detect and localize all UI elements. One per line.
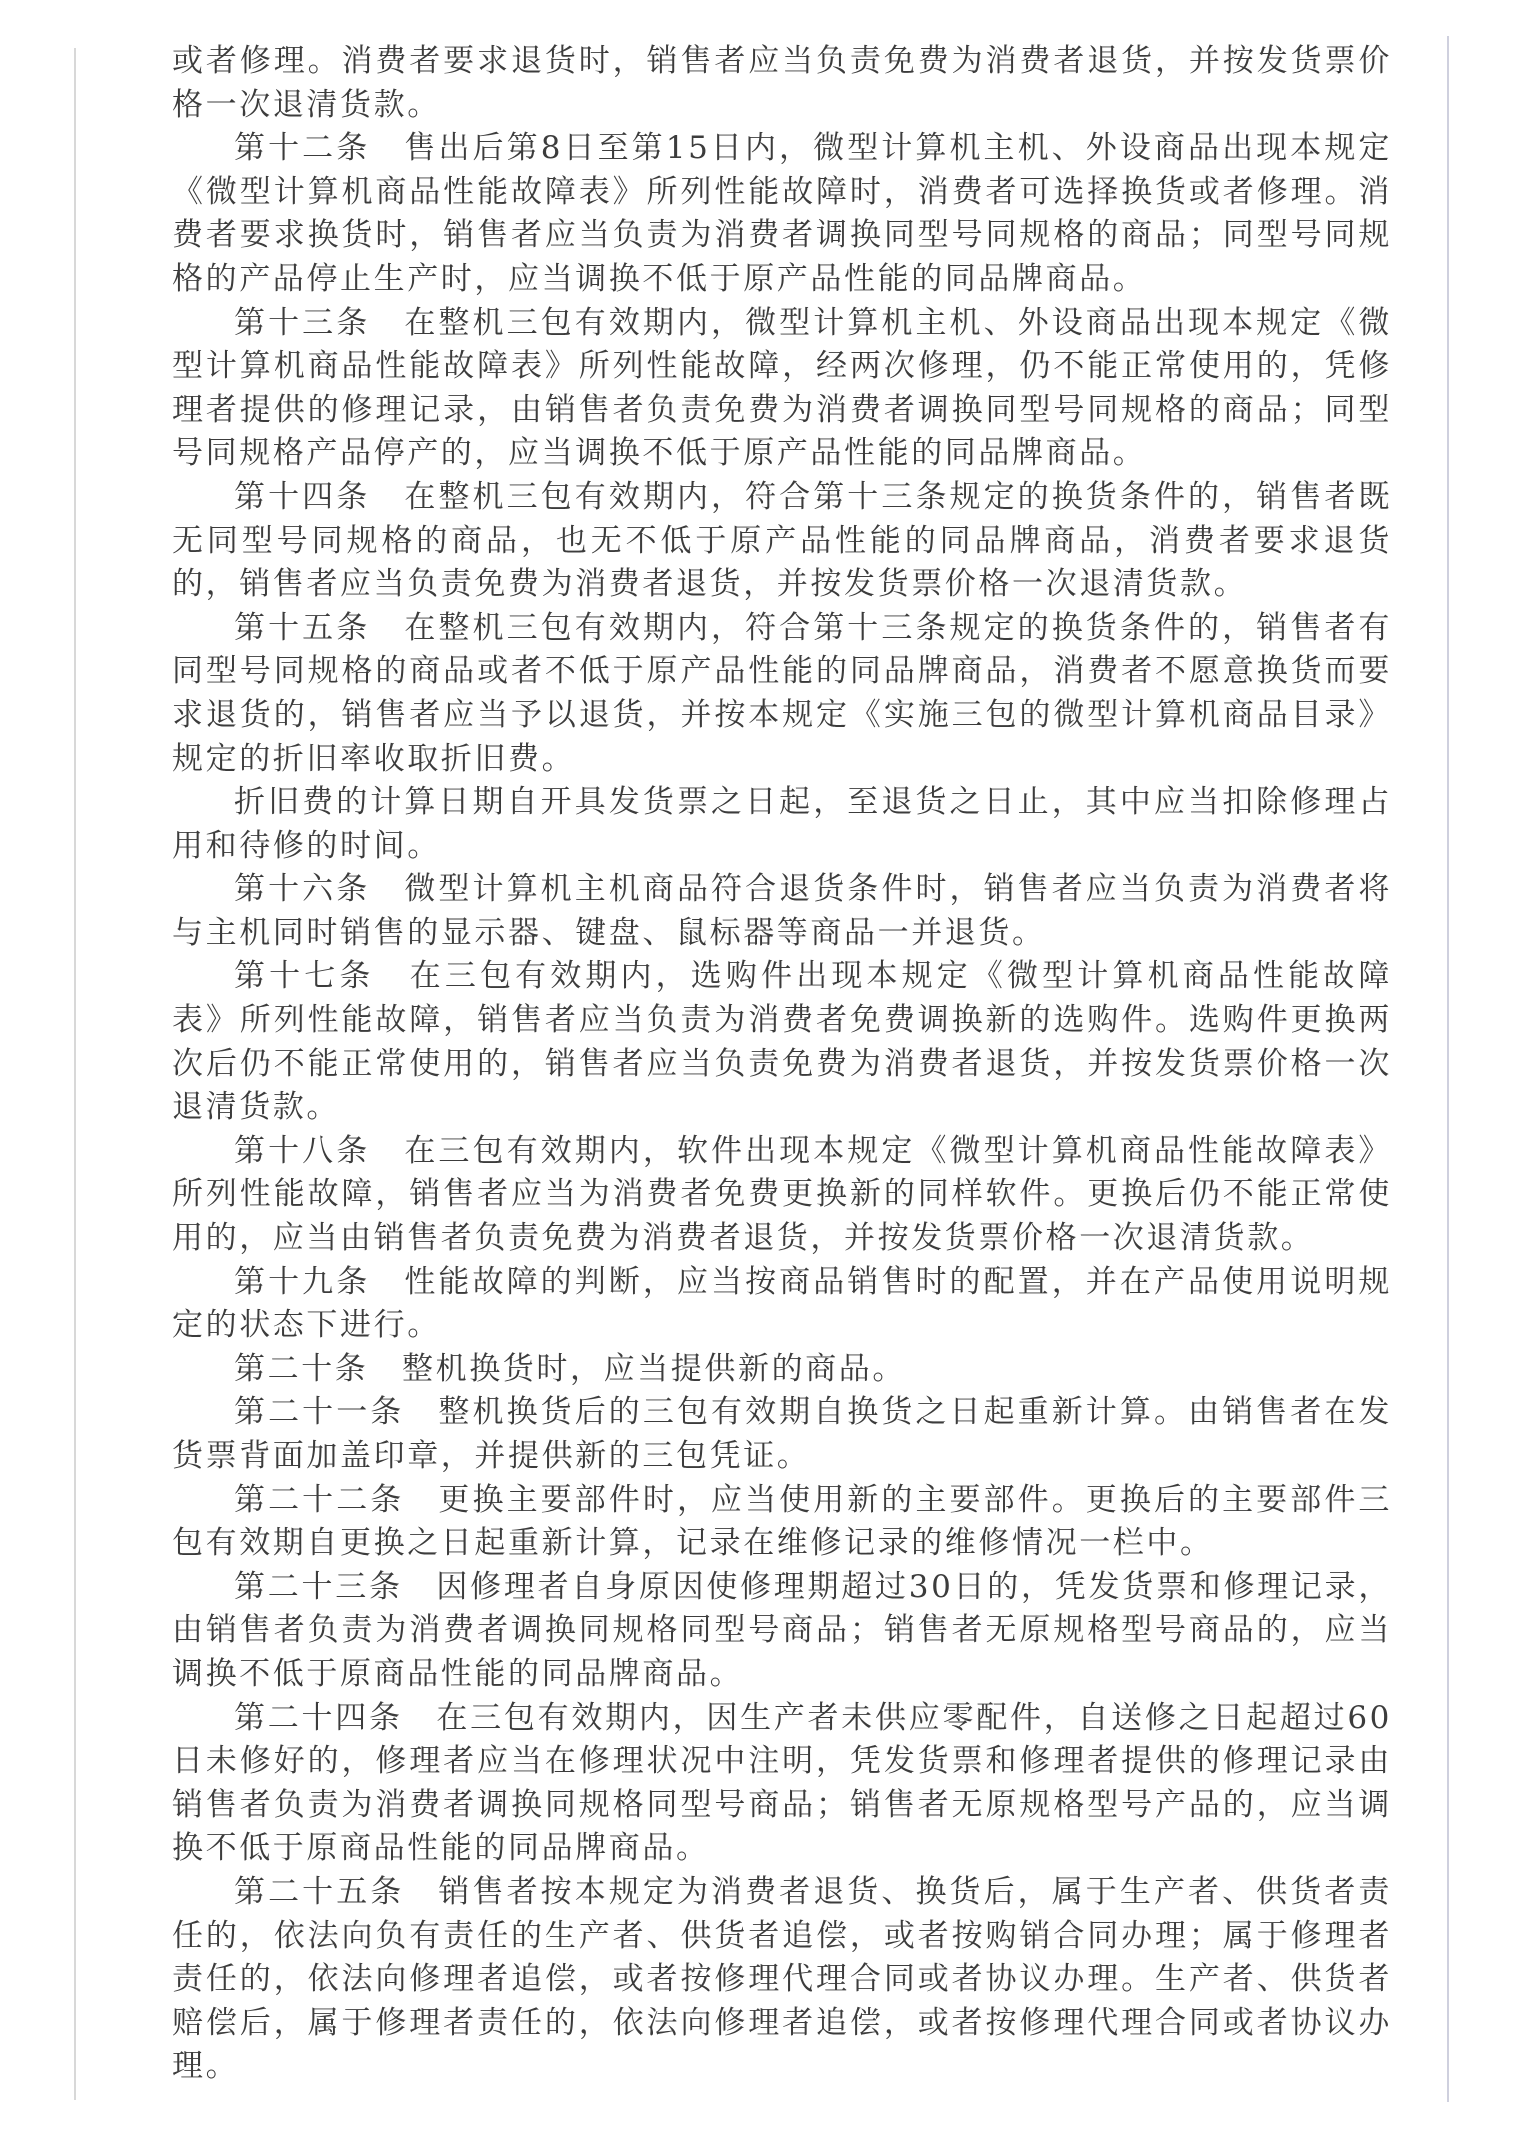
paragraph-article-15-supplement: 折旧费的计算日期自开具发货票之日起，至退货之日止，其中应当扣除修理占用和待修的时… xyxy=(172,781,1392,868)
paragraph-article-14: 第十四条 在整机三包有效期内，符合第十三条规定的换货条件的，销售者既无同型号同规… xyxy=(172,476,1392,607)
paragraph-article-17: 第十七条 在三包有效期内，选购件出现本规定《微型计算机商品性能故障表》所列性能故… xyxy=(172,955,1392,1129)
page-right-edge-line xyxy=(1447,36,1449,2102)
paragraph-article-16: 第十六条 微型计算机主机商品符合退货条件时，销售者应当负责为消费者将与主机同时销… xyxy=(172,868,1392,955)
paragraph-article-13: 第十三条 在整机三包有效期内，微型计算机主机、外设商品出现本规定《微型计算机商品… xyxy=(172,302,1392,476)
document-page: 或者修理。消费者要求退货时，销售者应当负责免费为消费者退货，并按发货票价格一次退… xyxy=(0,0,1520,2150)
paragraph-article-18: 第十八条 在三包有效期内，软件出现本规定《微型计算机商品性能故障表》所列性能故障… xyxy=(172,1130,1392,1261)
paragraph-continuation: 或者修理。消费者要求退货时，销售者应当负责免费为消费者退货，并按发货票价格一次退… xyxy=(172,40,1392,127)
paragraph-article-22: 第二十二条 更换主要部件时，应当使用新的主要部件。更换后的主要部件三包有效期自更… xyxy=(172,1479,1392,1566)
paragraph-article-19: 第十九条 性能故障的判断，应当按商品销售时的配置，并在产品使用说明规定的状态下进… xyxy=(172,1261,1392,1348)
paragraph-article-24: 第二十四条 在三包有效期内，因生产者未供应零配件，自送修之日起超过60日未修好的… xyxy=(172,1697,1392,1871)
paragraph-article-15: 第十五条 在整机三包有效期内，符合第十三条规定的换货条件的，销售者有同型号同规格… xyxy=(172,607,1392,781)
paragraph-article-20: 第二十条 整机换货时，应当提供新的商品。 xyxy=(172,1348,1392,1392)
paragraph-article-23: 第二十三条 因修理者自身原因使修理期超过30日的，凭发货票和修理记录，由销售者负… xyxy=(172,1566,1392,1697)
page-left-edge-line xyxy=(74,48,76,2100)
document-body: 或者修理。消费者要求退货时，销售者应当负责免费为消费者退货，并按发货票价格一次退… xyxy=(172,40,1392,2089)
paragraph-article-21: 第二十一条 整机换货后的三包有效期自换货之日起重新计算。由销售者在发货票背面加盖… xyxy=(172,1391,1392,1478)
paragraph-article-25: 第二十五条 销售者按本规定为消费者退货、换货后，属于生产者、供货者责任的，依法向… xyxy=(172,1871,1392,2089)
paragraph-article-12: 第十二条 售出后第8日至第15日内，微型计算机主机、外设商品出现本规定《微型计算… xyxy=(172,127,1392,301)
